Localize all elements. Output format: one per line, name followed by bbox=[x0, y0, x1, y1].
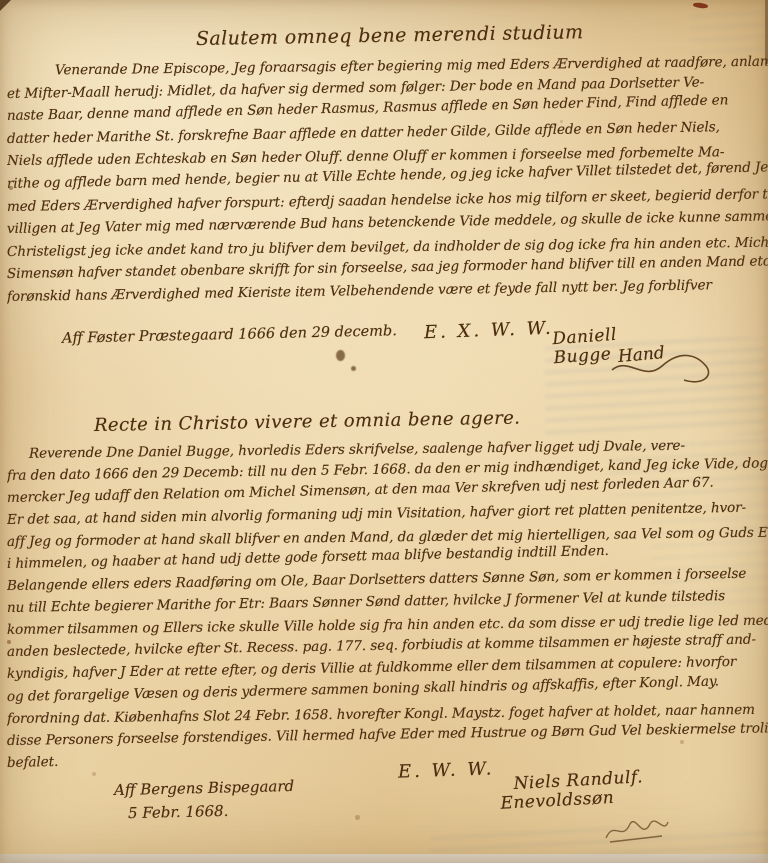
manuscript-page: Salutem omneq bene merendi studium Vener… bbox=[0, 0, 768, 863]
letter1-signature: Daniell Bugge bbox=[552, 326, 619, 368]
ink-stain bbox=[351, 366, 356, 371]
letter1-lines: Venerande Dne Episcope, Jeg foraarsagis … bbox=[7, 60, 768, 309]
letter2-valediction: E. W. W. bbox=[398, 758, 495, 782]
letter2-signature: Niels Randulf. Enevoldssøn bbox=[499, 768, 644, 813]
red-ink-mark bbox=[693, 2, 708, 9]
letter2-latin-heading: Recte in Christo vivere et omnia bene ag… bbox=[94, 408, 521, 436]
scan-edge-strip bbox=[0, 854, 768, 863]
page-corner-shadow bbox=[0, 0, 11, 11]
letter1-dateline: Aff Føster Præstegaard 1666 den 29 decem… bbox=[62, 323, 397, 347]
bleedthrough-ghost bbox=[430, 828, 768, 854]
letter1-latin-heading: Salutem omneq bene merendi studium bbox=[196, 21, 584, 50]
signature-name-line: Bugge bbox=[553, 345, 619, 368]
letter2-dateline-date: 5 Febr. 1668. bbox=[128, 802, 229, 822]
signature-swash-icon bbox=[610, 352, 720, 388]
letter2-lines: Reverende Dne Daniel Bugge, hvorledis Ed… bbox=[7, 443, 768, 774]
foxing-speck bbox=[355, 815, 360, 820]
ink-stain bbox=[336, 350, 345, 361]
letter1-valediction: E. X. W. W. bbox=[424, 318, 554, 344]
notary-paraph-icon bbox=[602, 812, 672, 848]
letter2-dateline-place: Aff Bergens Bispegaard bbox=[114, 777, 295, 799]
